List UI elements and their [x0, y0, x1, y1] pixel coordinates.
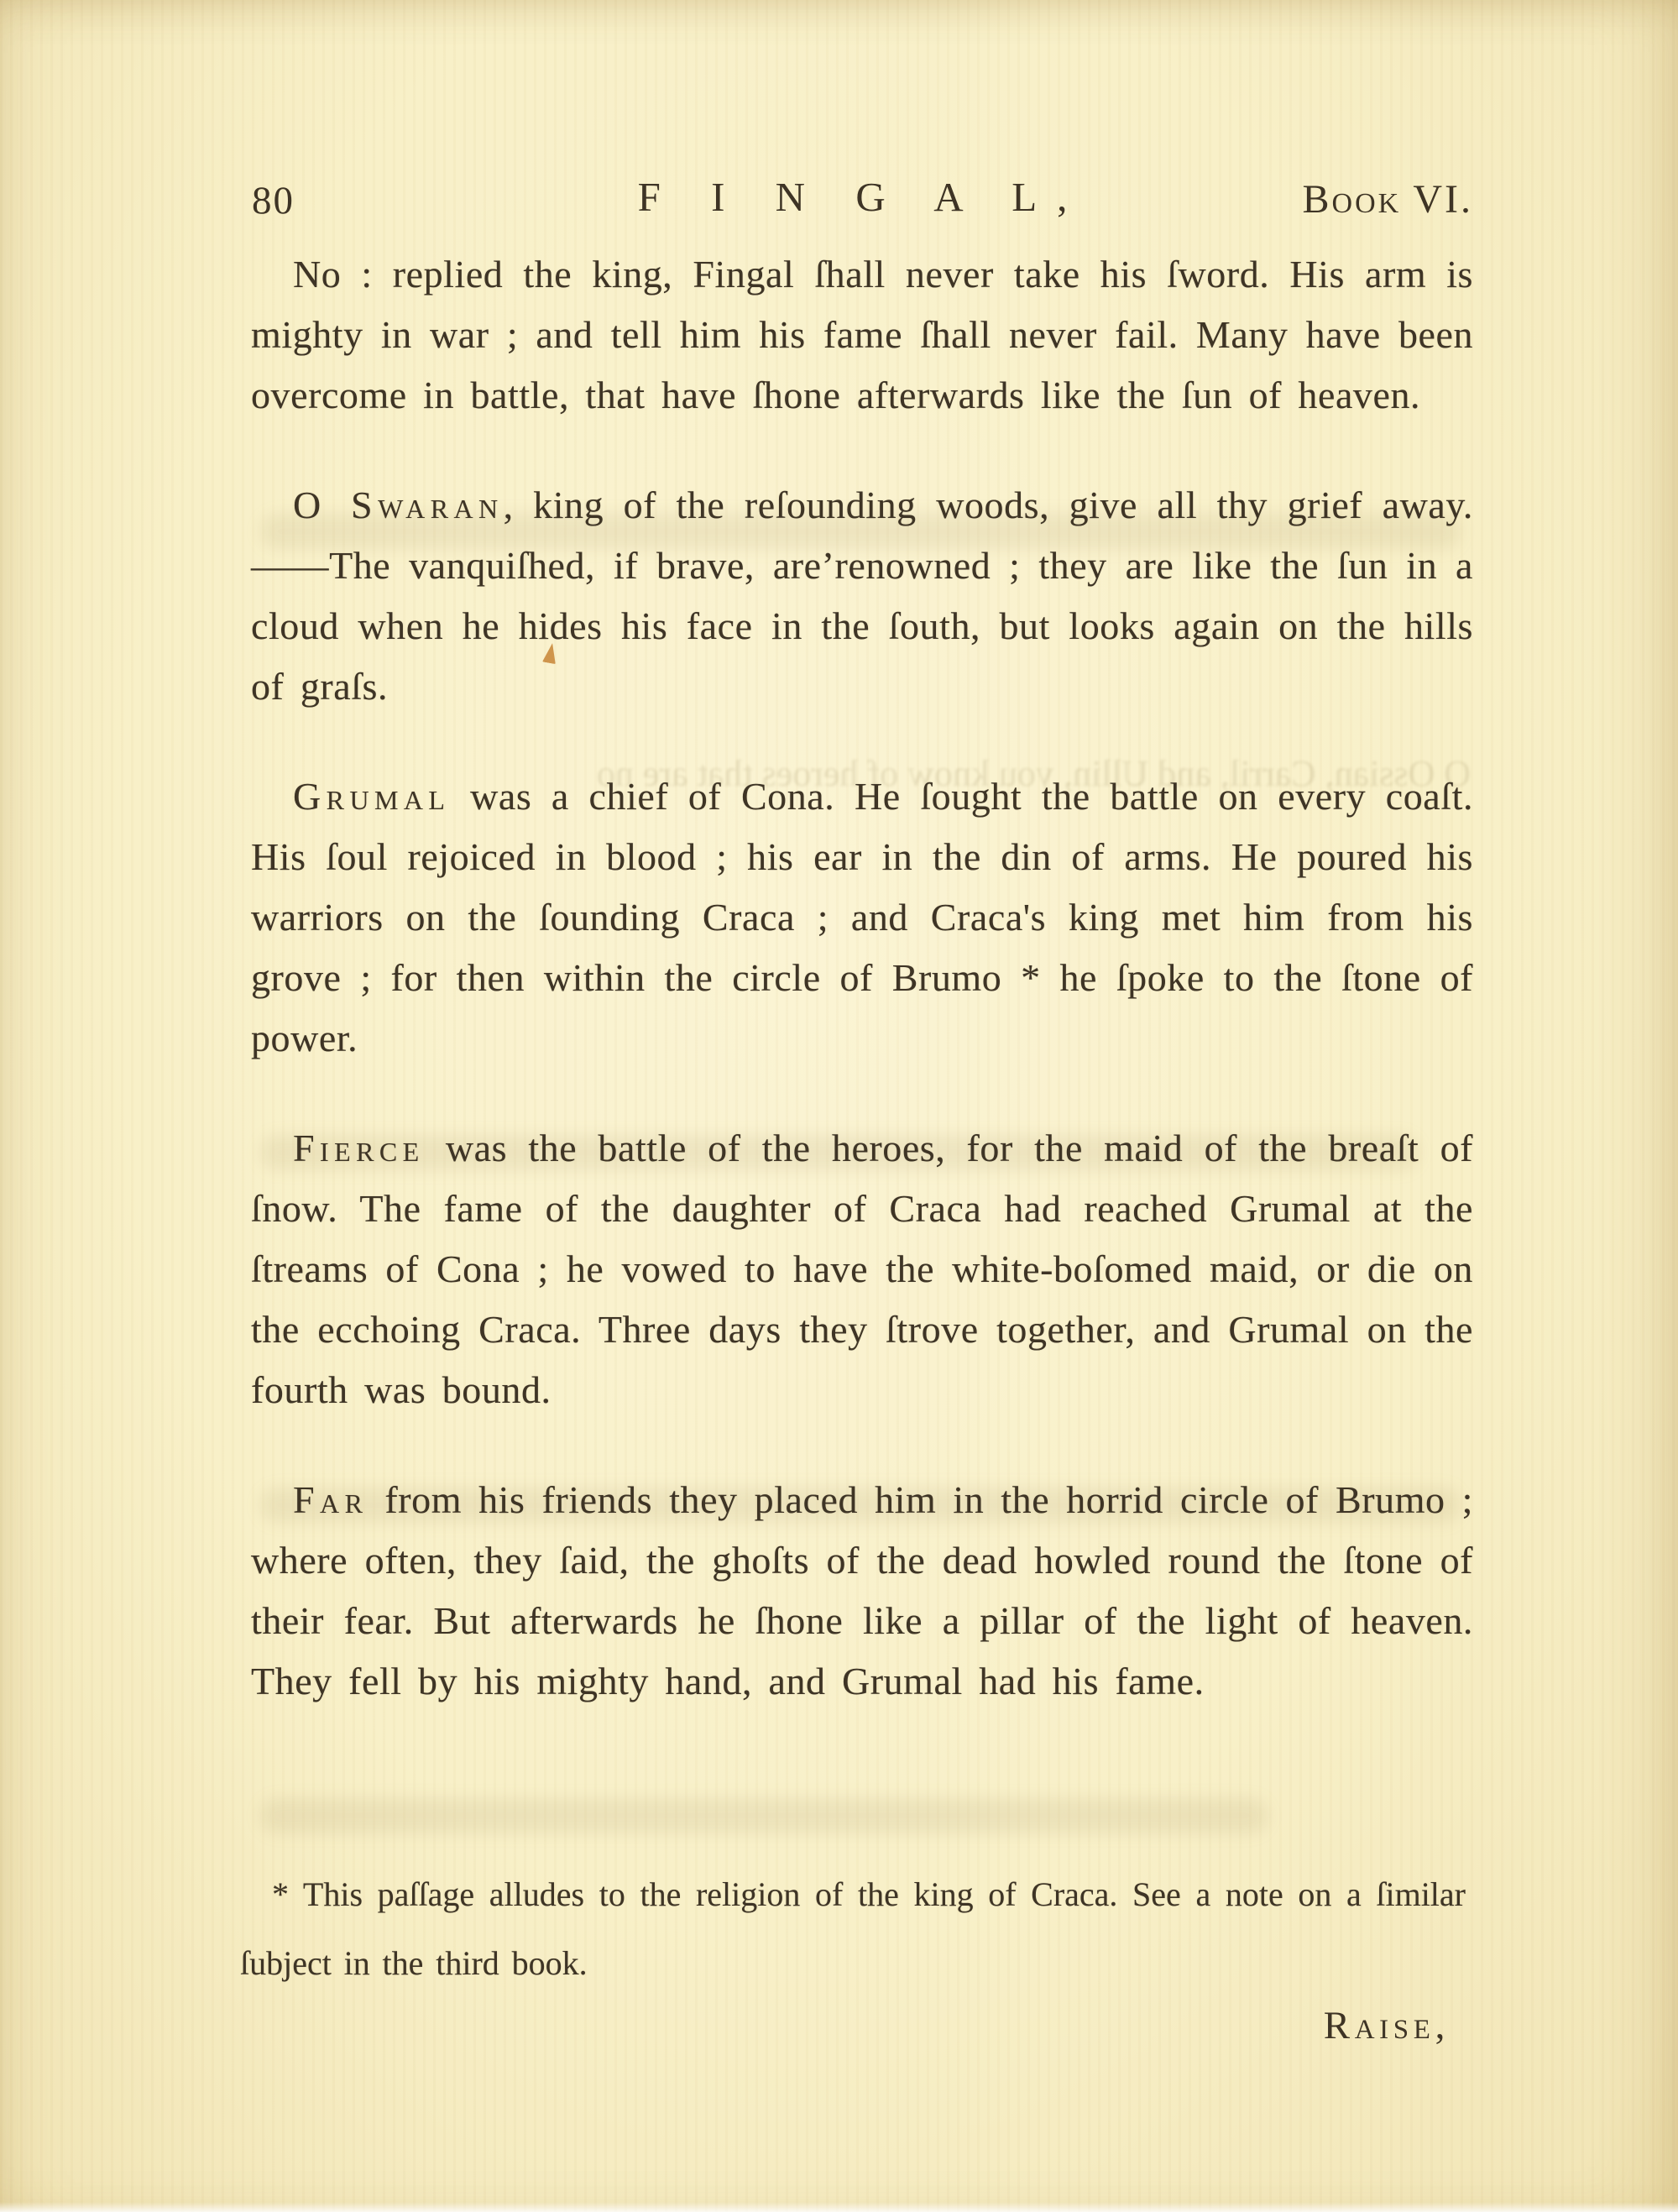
body-text-block: No : replied the king, Fingal ſhall neve…	[251, 244, 1473, 1712]
paragraph-2-lead: O Swaran	[293, 484, 504, 526]
book-chapter-label: Book VI.	[1303, 176, 1473, 222]
bleed-through-smudge	[260, 1798, 1268, 1833]
paragraph-5: Far from his friends they placed him in …	[251, 1470, 1473, 1712]
catchword-row: Raise,	[1324, 2003, 1450, 2048]
footnote-text: * This paſſage alludes to the religion o…	[240, 1875, 1466, 1982]
page-number: 80	[252, 178, 295, 223]
running-header: 80 F I N G A L, Book VI.	[252, 173, 1473, 227]
paragraph-5-text: from his friends they placed him in the …	[251, 1478, 1473, 1702]
paragraph-1: No : replied the king, Fingal ſhall neve…	[251, 244, 1473, 426]
paragraph-3: Grumal was a chief of Cona. He ſought th…	[251, 766, 1473, 1069]
paragraph-4-text: was the battle of the heroes, for the ma…	[251, 1127, 1473, 1411]
footnote: * This paſſage alludes to the religion o…	[240, 1860, 1466, 1998]
paragraph-2: O Swaran, king of the reſounding woods, …	[251, 475, 1473, 717]
scanned-book-page: O Ossian, Carril, and Ullin, you know of…	[0, 0, 1678, 2212]
paragraph-5-lead: Far	[293, 1478, 368, 1521]
paragraph-1-text: No : replied the king, Fingal ſhall neve…	[251, 253, 1473, 416]
running-title: F I N G A L,	[638, 173, 1088, 221]
paragraph-4-lead: Fierce	[293, 1127, 425, 1169]
paragraph-3-lead: Grumal	[293, 775, 450, 818]
catchword: Raise,	[1324, 2004, 1450, 2047]
paragraph-4: Fierce was the battle of the heroes, for…	[251, 1118, 1473, 1420]
